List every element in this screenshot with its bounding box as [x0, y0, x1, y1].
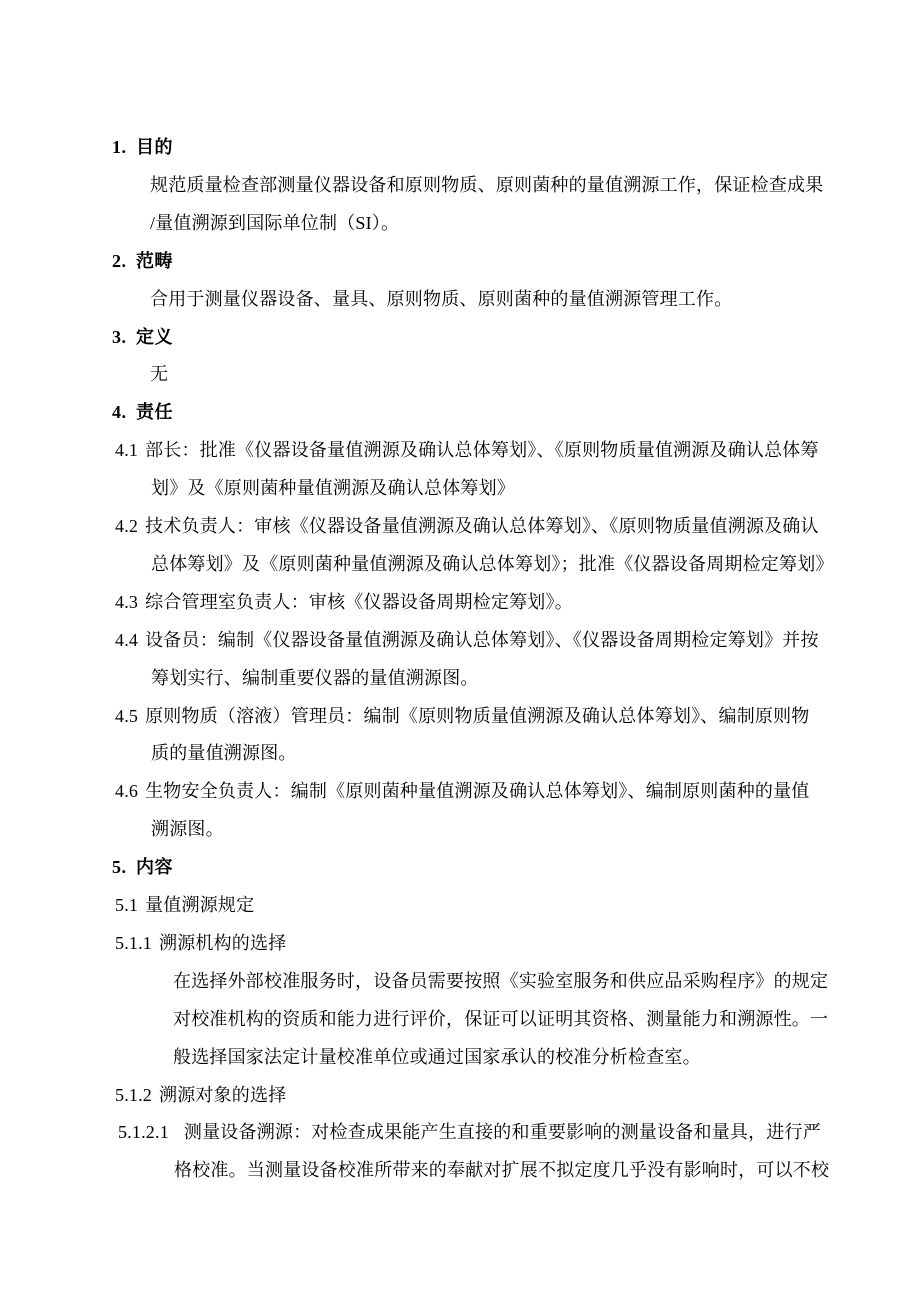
line-text: 合用于测量仪器设备、量具、原则物质、原则菌种的量值溯源管理工作。: [150, 289, 732, 309]
item-number: 1.: [112, 134, 136, 160]
line-text: 规范质量检查部测量仪器设备和原则物质、原则菌种的量值溯源工作，保证检查成果: [150, 175, 823, 195]
numbered-item-line: 4.2技术负责人：审核《仪器设备量值溯源及确认总体筹划》、《原则物质量值溯源及确…: [115, 513, 819, 539]
numbered-item-line: 总体筹划》及《原则菌种量值溯源及确认总体筹划》；批准《仪器设备周期检定筹划》: [151, 551, 834, 577]
line-text: 量值溯源规定: [145, 895, 254, 915]
item-number: 5.1: [115, 895, 138, 915]
item-number: 4.4: [115, 630, 138, 650]
section-heading: 5.内容: [112, 854, 173, 880]
line-text: 划》及《原则菌种量值溯源及确认总体筹划》: [151, 478, 515, 498]
paragraph-line: /量值溯源到国际单位制（SI）。: [150, 210, 399, 236]
paragraph-line: 规范质量检查部测量仪器设备和原则物质、原则菌种的量值溯源工作，保证检查成果: [150, 172, 823, 198]
section-heading: 2.范畴: [112, 248, 173, 274]
section-heading: 4.责任: [112, 399, 173, 425]
item-number: 4.6: [115, 781, 138, 801]
line-text: 部长：批准《仪器设备量值溯源及确认总体筹划》、《原则物质量值溯源及确认总体筹: [145, 440, 819, 460]
numbered-item-line: 4.6生物安全负责人：编制《原则菌种量值溯源及确认总体筹划》、编制原则菌种的量值: [115, 778, 810, 804]
item-number: 4.2: [115, 516, 138, 536]
item-number: 4.3: [115, 592, 138, 612]
item-number: 5.1.1: [115, 933, 152, 953]
paragraph-line: 般选择国家法定计量校准单位或通过国家承认的校准分析检查室。: [173, 1044, 701, 1070]
section-heading: 3.定义: [112, 324, 173, 350]
line-text: 设备员：编制《仪器设备量值溯源及确认总体筹划》、《仪器设备周期检定筹划》并按: [145, 630, 819, 650]
line-text: 溯源对象的选择: [159, 1085, 286, 1105]
numbered-item-line: 5.1.1溯源机构的选择: [115, 930, 286, 956]
line-text: 无: [150, 364, 168, 384]
line-text: 对校准机构的资质和能力进行评价，保证可以证明其资格、测量能力和溯源性。一: [173, 1009, 828, 1029]
numbered-item-line: 4.5原则物质（溶液）管理员：编制《原则物质量值溯源及确认总体筹划》、编制原则物: [115, 703, 810, 729]
paragraph-line: 在选择外部校准服务时，设备员需要按照《实验室服务和供应品采购程序》的规定: [173, 968, 828, 994]
numbered-item-line: 质的量值溯源图。: [151, 740, 297, 766]
line-text: 责任: [136, 402, 173, 422]
line-text: 溯源图。: [151, 819, 224, 839]
section-heading: 1.目的: [112, 134, 173, 160]
line-text: /量值溯源到国际单位制（SI）。: [150, 213, 399, 233]
numbered-item-line: 筹划实行、编制重要仪器的量值溯源图。: [151, 665, 479, 691]
line-text: 格校准。当测量设备校准所带来的奉献对扩展不拟定度几乎没有影响时，可以不校: [174, 1160, 829, 1180]
item-number: 3.: [112, 324, 136, 350]
item-number: 4.: [112, 399, 136, 425]
item-number: 4.1: [115, 440, 138, 460]
line-text: 在选择外部校准服务时，设备员需要按照《实验室服务和供应品采购程序》的规定: [173, 971, 828, 991]
item-number: 4.5: [115, 706, 138, 726]
item-number: 2.: [112, 248, 136, 274]
line-text: 定义: [136, 327, 173, 347]
line-text: 生物安全负责人：编制《原则菌种量值溯源及确认总体筹划》、编制原则菌种的量值: [145, 781, 809, 801]
numbered-item-line: 4.1部长：批准《仪器设备量值溯源及确认总体筹划》、《原则物质量值溯源及确认总体…: [115, 437, 819, 463]
line-text: 原则物质（溶液）管理员：编制《原则物质量值溯源及确认总体筹划》、编制原则物: [145, 706, 809, 726]
line-text: 质的量值溯源图。: [151, 743, 297, 763]
line-text: 目的: [136, 137, 173, 157]
line-text: 筹划实行、编制重要仪器的量值溯源图。: [151, 668, 479, 688]
numbered-item-line: 溯源图。: [151, 816, 224, 842]
item-number: 5.1.2: [115, 1085, 152, 1105]
line-text: 总体筹划》及《原则菌种量值溯源及确认总体筹划》；批准《仪器设备周期检定筹划》: [151, 554, 834, 574]
line-text: 测量设备溯源：对检查成果能产生直接的和重要影响的测量设备和量具，进行严: [184, 1122, 821, 1142]
line-text: 般选择国家法定计量校准单位或通过国家承认的校准分析检查室。: [173, 1047, 701, 1067]
numbered-item-line: 4.3综合管理室负责人：审核《仪器设备周期检定筹划》。: [115, 589, 573, 615]
line-text: 内容: [136, 857, 173, 877]
line-text: 范畴: [136, 251, 173, 271]
numbered-item-line: 5.1量值溯源规定: [115, 892, 254, 918]
paragraph-line: 对校准机构的资质和能力进行评价，保证可以证明其资格、测量能力和溯源性。一: [173, 1006, 828, 1032]
numbered-item-line: 格校准。当测量设备校准所带来的奉献对扩展不拟定度几乎没有影响时，可以不校: [174, 1157, 829, 1183]
item-number: 5.: [112, 854, 136, 880]
paragraph-line: 无: [150, 361, 168, 387]
numbered-item-line: 5.1.2.1测量设备溯源：对检查成果能产生直接的和重要影响的测量设备和量具，进…: [118, 1119, 821, 1145]
paragraph-line: 合用于测量仪器设备、量具、原则物质、原则菌种的量值溯源管理工作。: [150, 286, 732, 312]
numbered-item-line: 5.1.2溯源对象的选择: [115, 1082, 286, 1108]
numbered-item-line: 划》及《原则菌种量值溯源及确认总体筹划》: [151, 475, 515, 501]
line-text: 综合管理室负责人：审核《仪器设备周期检定筹划》。: [145, 592, 573, 612]
line-text: 溯源机构的选择: [159, 933, 286, 953]
item-number: 5.1.2.1: [118, 1122, 169, 1142]
document-page: 1.目的规范质量检查部测量仪器设备和原则物质、原则菌种的量值溯源工作，保证检查成…: [0, 0, 920, 1302]
numbered-item-line: 4.4设备员：编制《仪器设备量值溯源及确认总体筹划》、《仪器设备周期检定筹划》并…: [115, 627, 819, 653]
line-text: 技术负责人：审核《仪器设备量值溯源及确认总体筹划》、《原则物质量值溯源及确认: [145, 516, 819, 536]
